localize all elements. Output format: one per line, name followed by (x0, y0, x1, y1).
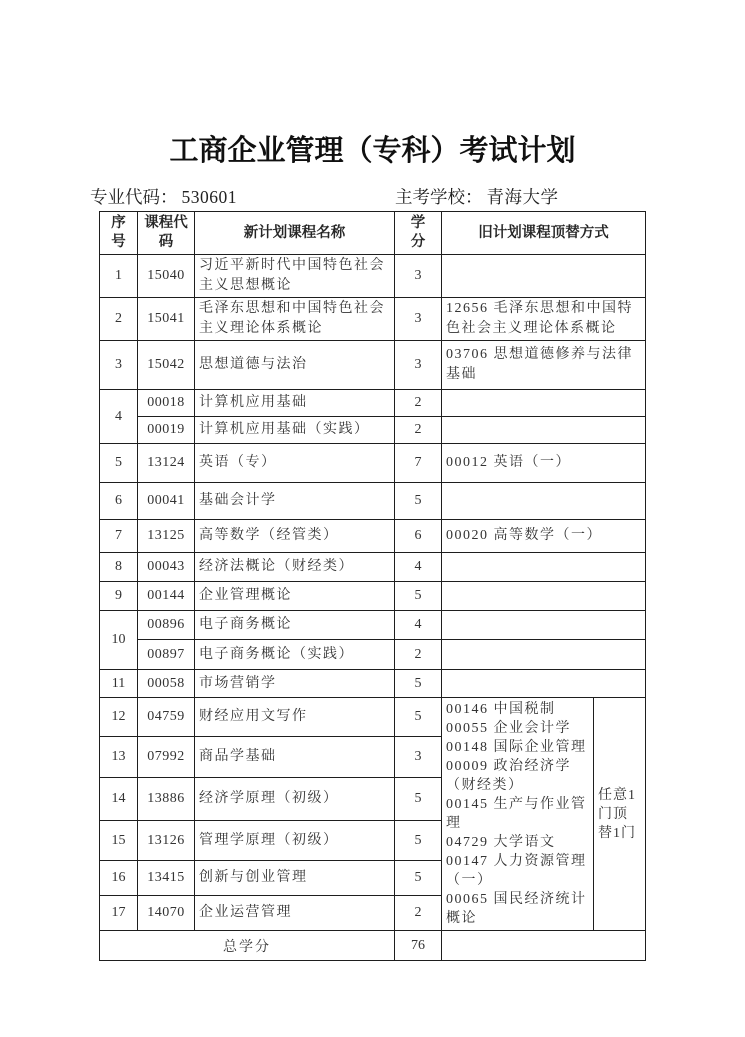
course-code-cell: 00041 (138, 483, 195, 520)
replacement-course-line: 00145 生产与作业管理 (446, 795, 589, 833)
course-code-cell: 00897 (138, 640, 195, 670)
total-row-empty-cell (442, 931, 646, 961)
table-row: 5 13124 英语（专） 7 00012 英语（一） (100, 444, 646, 483)
old-plan-cell: 12656 毛泽东思想和中国特色社会主义理论体系概论 (442, 298, 646, 341)
seq-cell: 5 (100, 444, 138, 483)
old-plan-cell (442, 390, 646, 417)
total-row: 总学分 76 (100, 931, 646, 961)
credits-cell: 3 (395, 341, 442, 390)
course-name-cell: 商品学基础 (195, 737, 395, 778)
seq-cell: 4 (100, 390, 138, 444)
old-plan-cell (442, 582, 646, 611)
seq-cell: 3 (100, 341, 138, 390)
replacement-course-line: 00147 人力资源管理（一） (446, 852, 589, 890)
course-name-cell: 财经应用文写作 (195, 698, 395, 737)
course-name-cell: 计算机应用基础 (195, 390, 395, 417)
credits-cell: 5 (395, 698, 442, 737)
course-name-cell: 创新与创业管理 (195, 861, 395, 896)
seq-cell: 1 (100, 255, 138, 298)
table-row: 12 04759 财经应用文写作 5 00146 中国税制 00055 企业会计… (100, 698, 646, 737)
major-code: 专业代码：530601 (90, 184, 237, 209)
seq-cell: 14 (100, 778, 138, 821)
replacement-course-line: 00055 企业会计学 (446, 719, 589, 738)
replacement-course-line: 00148 国际企业管理 (446, 738, 589, 757)
course-code-cell: 00896 (138, 611, 195, 640)
table-row: 6 00041 基础会计学 5 (100, 483, 646, 520)
header-seq: 序号 (100, 212, 138, 255)
total-credits-label-cell: 总学分 (100, 931, 395, 961)
document-meta: 专业代码：530601 主考学校：青海大学 (90, 184, 650, 208)
table-row: 9 00144 企业管理概论 5 (100, 582, 646, 611)
course-name-cell: 企业管理概论 (195, 582, 395, 611)
course-name-cell: 习近平新时代中国特色社会主义思想概论 (195, 255, 395, 298)
credits-cell: 2 (395, 640, 442, 670)
credits-cell: 6 (395, 520, 442, 553)
course-name-cell: 电子商务概论（实践） (195, 640, 395, 670)
course-name-cell: 经济法概论（财经类） (195, 553, 395, 582)
course-code-cell: 07992 (138, 737, 195, 778)
old-plan-cell (442, 640, 646, 670)
course-name-cell: 高等数学（经管类） (195, 520, 395, 553)
seq-cell: 2 (100, 298, 138, 341)
credits-cell: 2 (395, 390, 442, 417)
major-code-label: 专业代码： (90, 187, 178, 207)
seq-cell: 10 (100, 611, 138, 670)
course-name-cell: 电子商务概论 (195, 611, 395, 640)
table-row: 1 15040 习近平新时代中国特色社会主义思想概论 3 (100, 255, 646, 298)
credits-cell: 5 (395, 670, 442, 698)
replacement-course-line: 00065 国民经济统计概论 (446, 890, 589, 928)
header-old-plan: 旧计划课程顶替方式 (442, 212, 646, 255)
seq-cell: 9 (100, 582, 138, 611)
credits-cell: 3 (395, 298, 442, 341)
table-row: 4 00018 计算机应用基础 2 (100, 390, 646, 417)
credits-cell: 5 (395, 483, 442, 520)
credits-cell: 2 (395, 896, 442, 931)
course-name-cell: 思想道德与法治 (195, 341, 395, 390)
course-name-cell: 市场营销学 (195, 670, 395, 698)
seq-cell: 13 (100, 737, 138, 778)
table-row: 7 13125 高等数学（经管类） 6 00020 高等数学（一） (100, 520, 646, 553)
total-credits-value-cell: 76 (395, 931, 442, 961)
table-row: 00019 计算机应用基础（实践） 2 (100, 417, 646, 444)
table-row: 11 00058 市场营销学 5 (100, 670, 646, 698)
course-code-cell: 00058 (138, 670, 195, 698)
old-plan-cell (442, 255, 646, 298)
credits-cell: 5 (395, 778, 442, 821)
credits-cell: 3 (395, 255, 442, 298)
course-code-cell: 00019 (138, 417, 195, 444)
seq-cell: 17 (100, 896, 138, 931)
old-plan-cell: 03706 思想道德修养与法律基础 (442, 341, 646, 390)
course-code-cell: 13125 (138, 520, 195, 553)
course-name-cell: 基础会计学 (195, 483, 395, 520)
table-row: 8 00043 经济法概论（财经类） 4 (100, 553, 646, 582)
seq-cell: 7 (100, 520, 138, 553)
old-plan-cell (442, 611, 646, 640)
major-code-value: 530601 (178, 187, 238, 207)
old-plan-cell: 00020 高等数学（一） (442, 520, 646, 553)
course-code-cell: 04759 (138, 698, 195, 737)
header-new-course-name: 新计划课程名称 (195, 212, 395, 255)
replacement-courses-cell: 00146 中国税制 00055 企业会计学 00148 国际企业管理 0000… (442, 698, 594, 931)
credits-cell: 5 (395, 582, 442, 611)
seq-cell: 6 (100, 483, 138, 520)
table-row: 3 15042 思想道德与法治 3 03706 思想道德修养与法律基础 (100, 341, 646, 390)
course-code-cell: 13126 (138, 821, 195, 861)
replacement-course-line: 00009 政治经济学（财经类） (446, 757, 589, 795)
credits-cell: 3 (395, 737, 442, 778)
replacement-note-cell: 任意1门顶替1门 (594, 698, 646, 931)
course-name-cell: 企业运营管理 (195, 896, 395, 931)
seq-cell: 12 (100, 698, 138, 737)
course-code-cell: 15040 (138, 255, 195, 298)
course-name-cell: 毛泽东思想和中国特色社会主义理论体系概论 (195, 298, 395, 341)
course-name-cell: 管理学原理（初级） (195, 821, 395, 861)
old-plan-cell (442, 553, 646, 582)
document-page: 工商企业管理（专科）考试计划 专业代码：530601 主考学校：青海大学 序号 … (0, 0, 745, 1037)
old-plan-cell (442, 670, 646, 698)
course-code-cell: 14070 (138, 896, 195, 931)
course-code-cell: 00144 (138, 582, 195, 611)
seq-cell: 16 (100, 861, 138, 896)
host-school: 主考学校：青海大学 (395, 184, 559, 209)
credits-cell: 5 (395, 861, 442, 896)
old-plan-cell (442, 483, 646, 520)
exam-plan-table: 序号 课程代码 新计划课程名称 学分 旧计划课程顶替方式 1 15040 习近平… (99, 211, 646, 961)
course-code-cell: 15041 (138, 298, 195, 341)
seq-cell: 8 (100, 553, 138, 582)
course-name-cell: 英语（专） (195, 444, 395, 483)
course-code-cell: 13124 (138, 444, 195, 483)
seq-cell: 11 (100, 670, 138, 698)
credits-cell: 2 (395, 417, 442, 444)
course-code-cell: 00018 (138, 390, 195, 417)
header-credits: 学分 (395, 212, 442, 255)
table-row: 10 00896 电子商务概论 4 (100, 611, 646, 640)
course-code-cell: 13886 (138, 778, 195, 821)
host-school-value: 青海大学 (483, 187, 559, 207)
old-plan-cell: 00012 英语（一） (442, 444, 646, 483)
course-code-cell: 13415 (138, 861, 195, 896)
course-code-cell: 15042 (138, 341, 195, 390)
credits-cell: 5 (395, 821, 442, 861)
header-row: 序号 课程代码 新计划课程名称 学分 旧计划课程顶替方式 (100, 212, 646, 255)
seq-cell: 15 (100, 821, 138, 861)
replacement-course-line: 04729 大学语文 (446, 833, 589, 852)
table-row: 2 15041 毛泽东思想和中国特色社会主义理论体系概论 3 12656 毛泽东… (100, 298, 646, 341)
replacement-course-line: 00146 中国税制 (446, 700, 589, 719)
page-title: 工商企业管理（专科）考试计划 (0, 134, 745, 168)
course-name-cell: 经济学原理（初级） (195, 778, 395, 821)
table-row: 00897 电子商务概论（实践） 2 (100, 640, 646, 670)
course-code-cell: 00043 (138, 553, 195, 582)
credits-cell: 7 (395, 444, 442, 483)
header-course-code: 课程代码 (138, 212, 195, 255)
credits-cell: 4 (395, 553, 442, 582)
old-plan-cell (442, 417, 646, 444)
host-school-label: 主考学校： (395, 187, 483, 207)
course-name-cell: 计算机应用基础（实践） (195, 417, 395, 444)
credits-cell: 4 (395, 611, 442, 640)
